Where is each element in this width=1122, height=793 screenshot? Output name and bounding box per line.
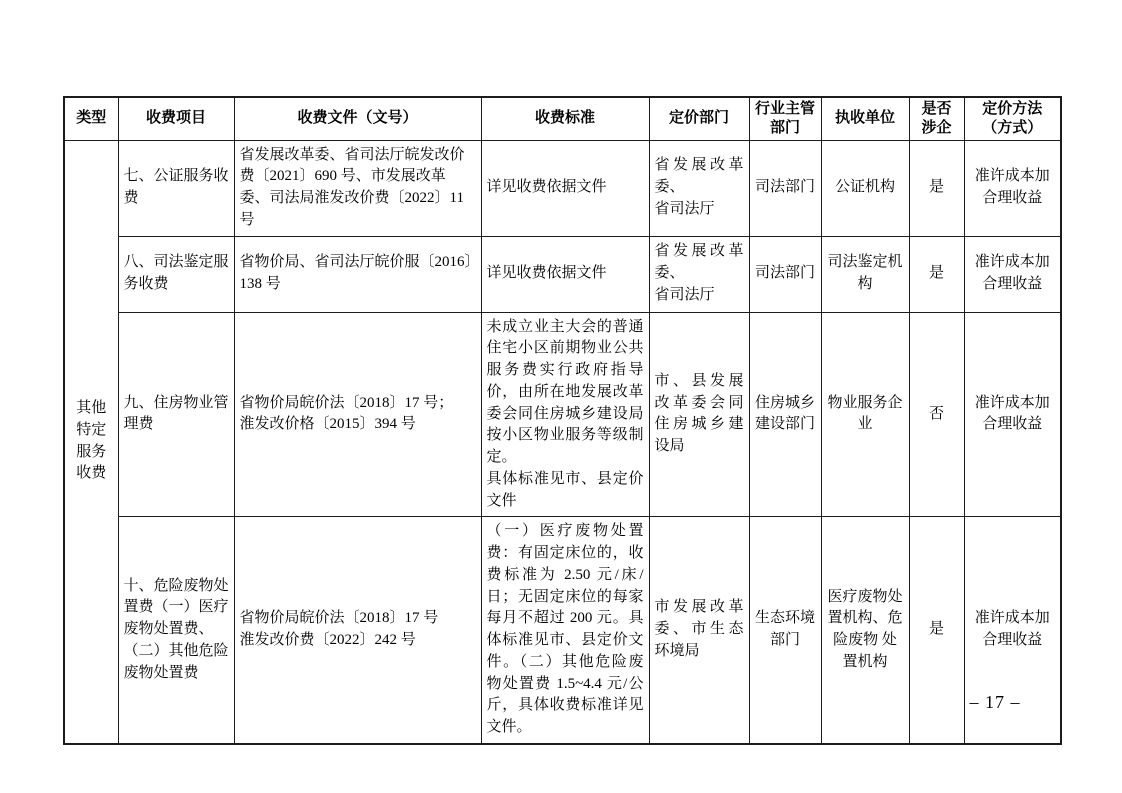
collecting-unit-cell: 医疗废物处置机构、危险废物 处置机构 (821, 517, 909, 744)
document-page: 类型 收费项目 收费文件（文号） 收费标准 定价部门 行业主管 部门 执收单位 … (0, 0, 1122, 793)
header-pricing-method: 定价方法 （方式） (964, 97, 1061, 140)
type-cell: 其他特定服务收费 (64, 140, 118, 744)
pricing-department-cell: 省发展改革委、 省司法厅 (649, 236, 749, 312)
industry-department-cell: 住房城乡建设部门 (749, 312, 821, 517)
collecting-unit-cell: 司法鉴定机构 (821, 236, 909, 312)
enterprise-related-cell: 是 (909, 236, 964, 312)
enterprise-related-cell: 否 (909, 312, 964, 517)
page-number: – 17 – (945, 692, 1045, 713)
table-row: 其他特定服务收费 七、公证服务收费 省发展改革委、省司法厅皖发改价费〔2021〕… (64, 140, 1061, 236)
industry-department-cell: 生态环境部门 (749, 517, 821, 744)
header-fee-document: 收费文件（文号） (234, 97, 481, 140)
fee-standard-cell: 未成立业主大会的普通住宅小区前期物业公共服务费实行政府指导价，由所在地发展改革委… (481, 312, 649, 517)
pricing-department-cell: 市发展改革委、市生态环境局 (649, 517, 749, 744)
fee-item-cell: 八、司法鉴定服务收费 (118, 236, 234, 312)
pricing-method-cell: 准许成本加合理收益 (964, 140, 1061, 236)
collecting-unit-cell: 公证机构 (821, 140, 909, 236)
pricing-department-cell: 市、县发展改革委会同住房城乡建设局 (649, 312, 749, 517)
industry-department-cell: 司法部门 (749, 140, 821, 236)
enterprise-related-cell: 是 (909, 140, 964, 236)
fee-document-cell: 省物价局、省司法厅皖价服〔2016〕138 号 (234, 236, 481, 312)
header-industry-department: 行业主管 部门 (749, 97, 821, 140)
fee-item-cell: 九、住房物业管理费 (118, 312, 234, 517)
table-row: 十、危险废物处置费（一）医疗废物处置费、（二）其他危险废物处置费 省物价局皖价法… (64, 517, 1061, 744)
fee-document-cell: 省物价局皖价法〔2018〕17 号 淮发改价费〔2022〕242 号 (234, 517, 481, 744)
fee-schedule-table: 类型 收费项目 收费文件（文号） 收费标准 定价部门 行业主管 部门 执收单位 … (63, 96, 1062, 745)
table-header-row: 类型 收费项目 收费文件（文号） 收费标准 定价部门 行业主管 部门 执收单位 … (64, 97, 1061, 140)
table-row: 九、住房物业管理费 省物价局皖价法〔2018〕17 号； 淮发改价格〔2015〕… (64, 312, 1061, 517)
fee-document-cell: 省物价局皖价法〔2018〕17 号； 淮发改价格〔2015〕394 号 (234, 312, 481, 517)
header-fee-item: 收费项目 (118, 97, 234, 140)
header-fee-standard: 收费标准 (481, 97, 649, 140)
fee-standard-cell: 详见收费依据文件 (481, 140, 649, 236)
table-row: 八、司法鉴定服务收费 省物价局、省司法厅皖价服〔2016〕138 号 详见收费依… (64, 236, 1061, 312)
pricing-method-cell: 准许成本加合理收益 (964, 312, 1061, 517)
fee-standard-cell: 详见收费依据文件 (481, 236, 649, 312)
header-pricing-department: 定价部门 (649, 97, 749, 140)
pricing-method-cell: 准许成本加合理收益 (964, 236, 1061, 312)
industry-department-cell: 司法部门 (749, 236, 821, 312)
fee-item-cell: 十、危险废物处置费（一）医疗废物处置费、（二）其他危险废物处置费 (118, 517, 234, 744)
header-type: 类型 (64, 97, 118, 140)
pricing-department-cell: 省发展改革委、 省司法厅 (649, 140, 749, 236)
header-enterprise-related: 是否 涉企 (909, 97, 964, 140)
fee-standard-cell: （一）医疗废物处置费：有固定床位的，收费标准为 2.50 元/床/日；无固定床位… (481, 517, 649, 744)
header-collecting-unit: 执收单位 (821, 97, 909, 140)
collecting-unit-cell: 物业服务企业 (821, 312, 909, 517)
fee-document-cell: 省发展改革委、省司法厅皖发改价费〔2021〕690 号、市发展改革委、司法局淮发… (234, 140, 481, 236)
fee-item-cell: 七、公证服务收费 (118, 140, 234, 236)
